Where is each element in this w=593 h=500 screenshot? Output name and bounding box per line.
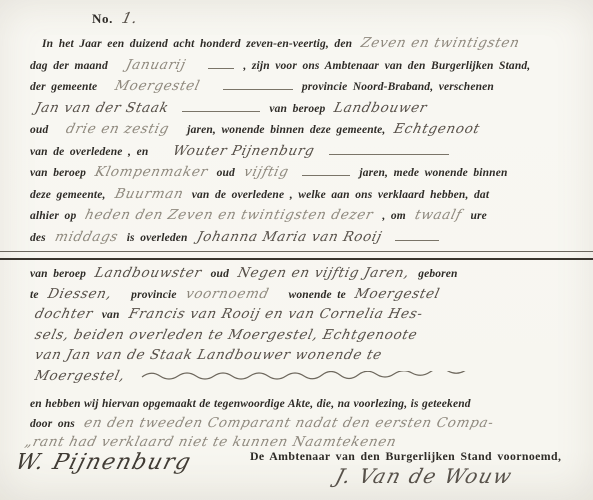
act-number-value: 1. [119,6,140,30]
printed-text: ure [470,210,486,222]
handwritten-closing-note: en den tweeden Comparant nadat den eerst… [82,414,496,434]
act-line: des middags is overleden Johanna Maria v… [30,226,585,248]
handwritten-parents-cont: sels, beiden overleden te Moergestel, Ec… [33,325,420,346]
printed-text: te [30,289,39,301]
handwritten-residence: Moergestel, [33,366,127,387]
printed-text: deze gemeente, [30,189,106,201]
act-line: Moergestel, [30,366,585,387]
flourish-line [329,150,449,155]
document-page: No. 1. In het Jaar een duizend acht hond… [0,0,593,500]
act-line: sels, beiden overleden te Moergestel, Ec… [30,325,585,346]
act-line: en hebben wij hiervan opgemaakt de tegen… [30,393,585,413]
handwritten-province: voornoemd [183,284,271,305]
printed-text: van beroep [30,268,86,280]
act-line: door ons en den tweeden Comparant nadat … [30,413,585,433]
registrar-title: De Ambtenaar van den Burgerlijken Stand … [250,449,561,464]
handwritten-relation: Echtgenoot [392,119,483,141]
act-line: te Diessen, provincie voornoemd wonende … [30,284,585,305]
printed-text: door ons [30,418,75,430]
printed-text: des [30,232,46,244]
registrar-signature: J. Van de Wouw [333,464,516,488]
printed-text: provincie [131,289,176,301]
printed-text: van [102,309,120,321]
act-number-line: No. 1. [92,6,585,30]
witness-signature: W. Pijnenburg [13,450,195,475]
act-line: van de overledene , en Wouter Pijnenburg [30,140,585,162]
act-body: No. 1. In het Jaar een duizend acht hond… [0,0,593,452]
handwritten-birthplace: Diessen, [45,284,113,305]
act-line: deze gemeente, Buurman van de overledene… [30,183,585,205]
handwritten-occupation: Landbouwer [332,98,430,120]
handwritten-occupation: Klompenmaker [93,162,210,184]
act-line: der gemeente Moergestel provincie Noord-… [30,75,585,97]
act-line: dag der maand Januarij , zijn voor ons A… [30,54,585,76]
flourish-line [223,85,293,90]
printed-text: van beroep [269,103,325,115]
act-line: Jan van der Staak van beroep Landbouwer [30,97,585,119]
handwritten-deceased-name: Johanna Maria van Rooij [194,227,384,249]
printed-text: oud [211,268,229,280]
opening-paragraph: In het Jaar een duizend acht honderd zev… [30,32,585,247]
act-line: alhier op heden den Zeven en twintigsten… [30,204,585,226]
divider-rule [0,251,593,260]
handwritten-age: drie en zestig [64,119,172,141]
handwritten-municipality: Moergestel [113,76,203,98]
printed-text: provincie Noord-Braband, verschenen [302,81,494,93]
printed-text: alhier op [30,210,76,222]
act-line: van beroep Landbouwster oud Negen en vij… [30,263,585,284]
handwritten-parents: Francis van Rooij en van Cornelia Hes- [126,304,424,325]
printed-text: van de overledene , en [30,146,148,158]
handwritten-residence: Moergestel [352,284,441,305]
printed-text: , om [382,210,406,222]
printed-text: jaren, mede wonende binnen [359,167,507,179]
printed-text: In het Jaar een duizend acht honderd zev… [42,38,352,50]
act-number-label: No. [92,11,113,26]
flourish-line [182,107,260,112]
flourish-line [302,171,350,176]
handwritten-daypart: middags [52,227,120,249]
act-line: van Jan van de Staak Landbouwer wonende … [30,345,585,366]
printed-text: van beroep [30,167,86,179]
printed-text: der gemeente [30,81,97,93]
printed-text: is overleden [127,232,188,244]
flourish-line [208,64,234,69]
act-line: oud drie en zestig jaren, wonende binnen… [30,118,585,140]
flourish-line [395,236,439,241]
handwritten-month: Januarij [123,55,187,77]
act-line: van beroep Klompenmaker oud vijftig jare… [30,161,585,183]
printed-text: geboren [418,268,457,280]
flourish-wave [140,371,470,381]
act-line: In het Jaar een duizend acht honderd zev… [42,32,585,54]
handwritten-death-date: heden den Zeven en twintigsten dezer [83,205,376,227]
handwritten-relation: dochter [33,304,96,325]
printed-text: oud [30,124,48,136]
act-line: dochter van Francis van Rooij en van Cor… [30,304,585,325]
printed-text: oud [217,167,235,179]
printed-text: , zijn voor ons Ambtenaar van den Burger… [243,60,530,72]
deceased-paragraph: van beroep Landbouwster oud Negen en vij… [30,263,585,386]
printed-text: wonende te [289,289,346,301]
handwritten-hour: twaalf [412,205,464,227]
handwritten-age: Negen en vijftig Jaren, [236,263,412,284]
handwritten-age: vijftig [241,162,290,184]
printed-text: jaren, wonende binnen deze gemeente, [187,124,385,136]
handwritten-occupation: Landbouwster [93,263,204,284]
handwritten-declarant-1-name: Jan van der Staak [33,98,171,120]
handwritten-relation: Buurman [112,184,185,206]
printed-text: dag der maand [30,60,108,72]
handwritten-date-day: Zeven en twintigsten [359,33,522,55]
handwritten-spouse: van Jan van de Staak Landbouwer wonende … [33,345,385,366]
handwritten-declarant-2-name: Wouter Pijnenburg [171,141,317,163]
printed-text: en hebben wij hiervan opgemaakt de tegen… [30,398,471,410]
closing-paragraph: en hebben wij hiervan opgemaakt de tegen… [30,393,585,452]
printed-text: van de overledene , welke aan ons verkla… [192,189,489,201]
